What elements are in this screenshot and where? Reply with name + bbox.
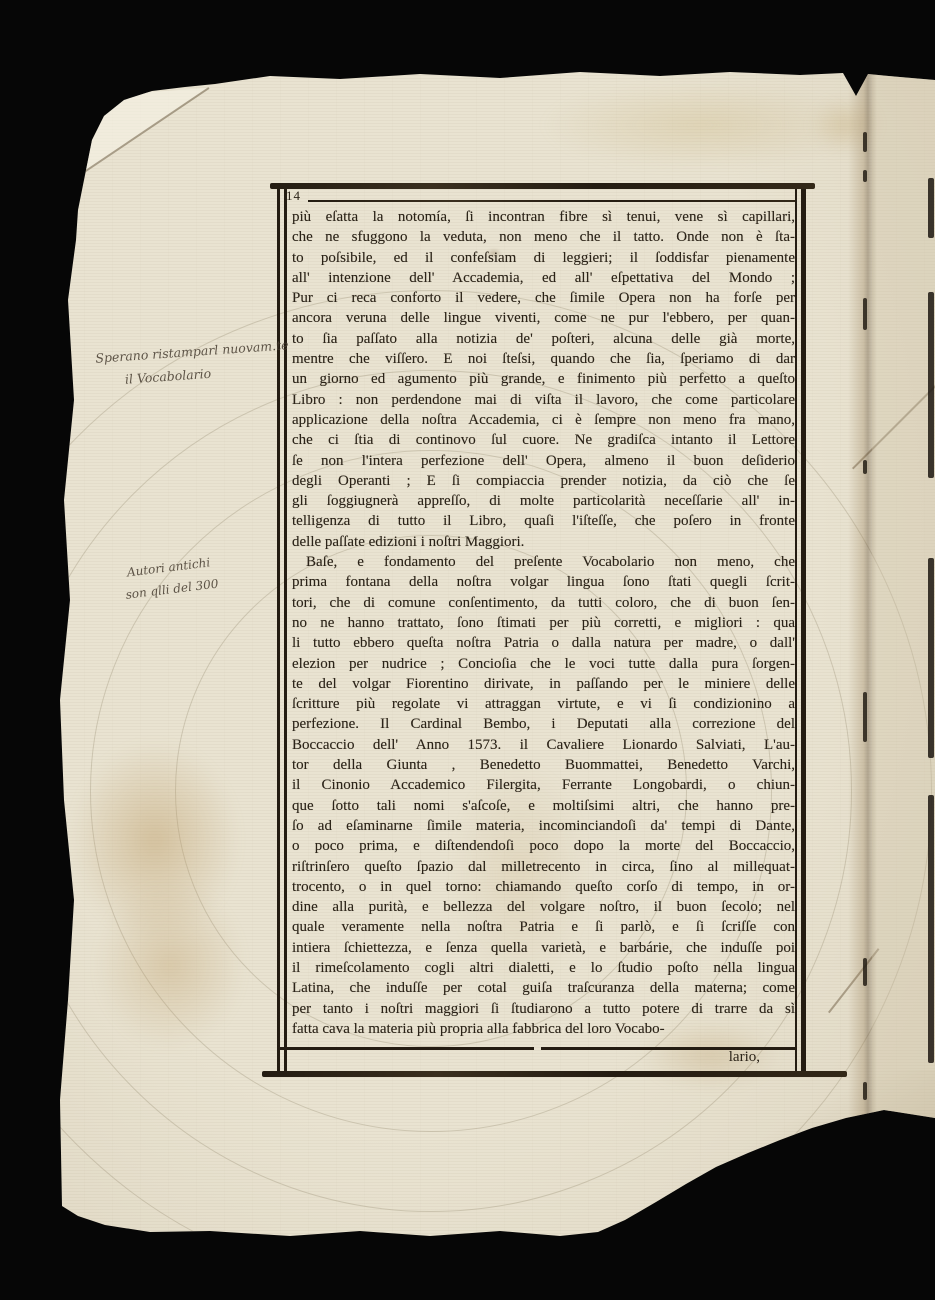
stitch-mark: [863, 132, 867, 152]
facing-page-border-rule: [928, 558, 934, 758]
text-line: to poſsibile, ed il confeſsiam di leggie…: [292, 248, 795, 268]
text-line: quale veramente nella noſtra Patria e ſi…: [292, 917, 795, 937]
stitch-mark: [863, 298, 867, 330]
text-line: elezion per nudrice ; Concioſia che le v…: [292, 654, 795, 674]
text-line: Boccaccio dell' Anno 1573. il Cavaliere …: [292, 735, 795, 755]
text-line: intiera ſchiettezza, e ſenza quella vari…: [292, 938, 795, 958]
text-line: delle paſſate edizioni i noſtri Maggiori…: [292, 532, 795, 552]
book-page: 14 più eſatta la notomía, ſi incontran f…: [0, 0, 935, 1300]
stitch-mark: [863, 958, 867, 986]
text-line: to ſia paſſato alla notizia de' poſteri,…: [292, 329, 795, 349]
text-line: tor della Giunta , Benedetto Buommattei,…: [292, 755, 795, 775]
body-text: più eſatta la notomía, ſi incontran fibr…: [292, 207, 795, 1039]
text-line: dine alla purità, e bellezza del volgare…: [292, 897, 795, 917]
text-line: perfezione. Il Cardinal Bembo, i Deputat…: [292, 714, 795, 734]
stitch-mark: [863, 460, 867, 474]
frame-bottom-rule: [262, 1071, 847, 1077]
frame-inner-bottom-rule: [277, 1047, 534, 1050]
text-line: Pur ci reca conforto il vedere, che ſimi…: [292, 288, 795, 308]
text-frame: 14 più eſatta la notomía, ſi incontran f…: [277, 183, 808, 1078]
page-number: 14: [286, 188, 301, 204]
text-line: applicazione della noſtra Accademia, ci …: [292, 410, 795, 430]
text-line: Libro : non perdendone mai di viſta il l…: [292, 390, 795, 410]
frame-right-border: [801, 189, 806, 1071]
text-line: Latina, che induſſe per cotal guiſa traſ…: [292, 978, 795, 998]
paragraph: più eſatta la notomía, ſi incontran fibr…: [292, 207, 795, 552]
frame-top-rule: [270, 183, 815, 189]
text-line: mentre che viſſero. E noi ſteſsi, quando…: [292, 349, 795, 369]
text-line: riſtrinſero queſto ſpazio dal milletrece…: [292, 857, 795, 877]
text-line: per tanto i noſtri maggiori ſi ſtudiaron…: [292, 999, 795, 1019]
text-line: ſcritture più regolate vi attraggan virt…: [292, 694, 795, 714]
text-line: telligenza di tutto il Libro, quaſi l'iſ…: [292, 511, 795, 531]
frame-right-border: [795, 189, 797, 1071]
stitch-mark: [863, 1082, 867, 1100]
text-line: più eſatta la notomía, ſi incontran fibr…: [292, 207, 795, 227]
header-rule: [308, 200, 795, 202]
text-line: che ne sfuggono la veduta, non meno che …: [292, 227, 795, 247]
text-line: trocento, o in quel torno: chiamando que…: [292, 877, 795, 897]
facing-page-border-rule: [928, 178, 934, 238]
facing-page-edge: [872, 60, 935, 1135]
text-line: all' intenzione dell' Accademia, ed all'…: [292, 268, 795, 288]
frame-left-border: [277, 189, 280, 1071]
text-line: tori, che di comune conſentimento, da tu…: [292, 593, 795, 613]
text-line: Baſe, e fondamento del preſente Vocabola…: [292, 552, 795, 572]
text-line: li tutto ebbero queſta noſtra Patria o d…: [292, 633, 795, 653]
stitch-mark: [863, 170, 867, 182]
paragraph: Baſe, e fondamento del preſente Vocabola…: [292, 552, 795, 1039]
text-line: te del volgar Fiorentino dirivate, in pa…: [292, 674, 795, 694]
text-line: un giorno ed agumento più grande, e fini…: [292, 369, 795, 389]
text-line: il rimeſcolamento cogli altri dialetti, …: [292, 958, 795, 978]
frame-left-border: [284, 189, 287, 1071]
text-line: prima fontana della noſtra volgar lingua…: [292, 572, 795, 592]
facing-page-border-rule: [928, 795, 934, 1063]
facing-page-border-rule: [928, 292, 934, 478]
text-line: ancora veruna delle lingue viventi, come…: [292, 308, 795, 328]
catchword: lario,: [729, 1049, 760, 1066]
text-line: o poco prima, e diſtendendoſi poco dopo …: [292, 836, 795, 856]
text-line: gli ſoggiugnerà appreſſo, di molte parti…: [292, 491, 795, 511]
text-line: no ne hanno trattato, ſono ſtimati per p…: [292, 613, 795, 633]
text-line: il Cinonio Accademico Filergita, Ferrant…: [292, 775, 795, 795]
text-line: fatta cava la materia più propria alla f…: [292, 1019, 795, 1039]
stitch-mark: [863, 692, 867, 742]
text-line: che ci ſtia di continovo ſul cuore. Ne g…: [292, 430, 795, 450]
text-line: que ſotto tali nomi s'aſcoſe, e moltiſsi…: [292, 796, 795, 816]
text-line: degli Operanti ; E ſi compiaccia prender…: [292, 471, 795, 491]
text-line: ſo ad eſaminarne ſimile materia, incomin…: [292, 816, 795, 836]
text-line: ſe non l'intera perfezione dell' Opera, …: [292, 451, 795, 471]
